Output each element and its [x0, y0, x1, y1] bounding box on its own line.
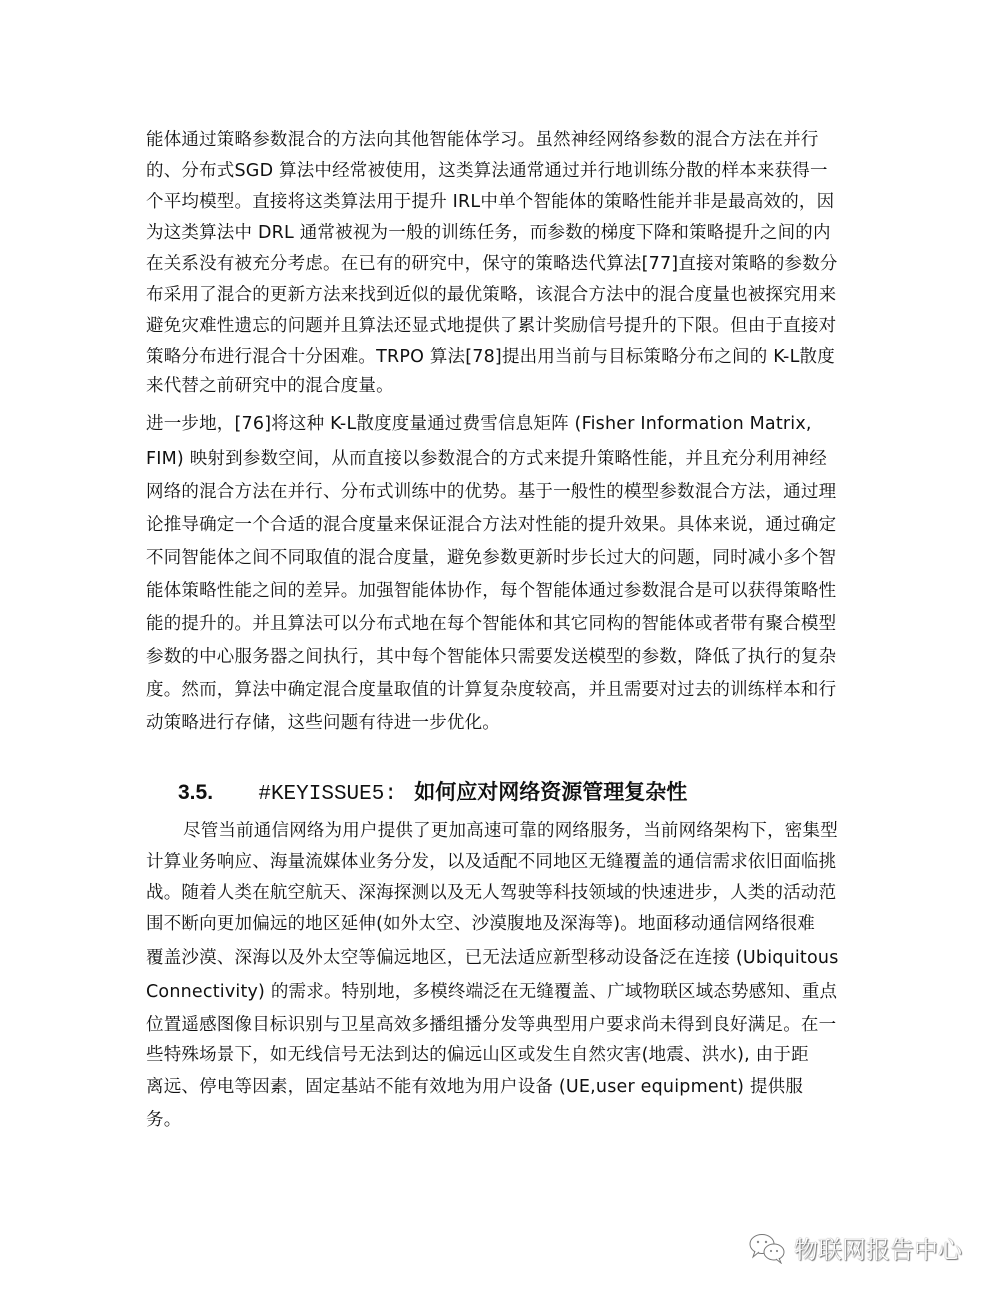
- watermark-text: 物联网报告中心: [794, 1230, 962, 1265]
- text-line: 度。然而，算法中确定混合度量取值的计算复杂度较高，并且需要对过去的训练样本和行: [146, 678, 856, 702]
- section-title: 如何应对网络资源管理复杂性: [414, 780, 687, 804]
- text-line: 能体通过策略参数混合的方法向其他智能体学习。虽然神经网络参数的混合方法在并行: [146, 128, 856, 152]
- text-line: 的、分布式SGD 算法中经常被使用，这类算法通常通过并行地训练分散的样本来获得一: [146, 159, 856, 183]
- text-line: 个平均模型。直接将这类算法用于提升 IRL中单个智能体的策略性能并非是最高效的，…: [146, 190, 856, 214]
- text-line: 在关系没有被充分考虑。在已有的研究中，保守的策略迭代算法[77]直接对策略的参数…: [146, 252, 856, 276]
- text-line: 些特殊场景下，如无线信号无法到达的偏远山区或发生自然灾害(地震、洪水), 由于距: [146, 1043, 856, 1067]
- text-line: 不同智能体之间不同取值的混合度量，避免参数更新时步长过大的问题，同时减小多个智: [146, 546, 856, 570]
- text-line: FIM) 映射到参数空间，从而直接以参数混合的方式来提升策略性能，并且充分利用神…: [146, 447, 856, 471]
- text-line: Connectivity) 的需求。特别地，多模终端泛在无缝覆盖、广域物联区域态…: [146, 980, 856, 1004]
- text-line: 动策略进行存储，这些问题有待进一步优化。: [146, 711, 856, 735]
- watermark: 物联网报告中心: [748, 1230, 962, 1265]
- text-line: 能的提升的。并且算法可以分布式地在每个智能体和其它同构的智能体或者带有聚合模型: [146, 612, 856, 636]
- text-line: 策略分布进行混合十分困难。TRPO 算法[78]提出用当前与目标策略分布之间的 …: [146, 345, 856, 369]
- text-line: 参数的中心服务器之间执行，其中每个智能体只需要发送模型的参数，降低了执行的复杂: [146, 645, 856, 669]
- text-line: 计算业务响应、海量流媒体业务分发，以及适配不同地区无缝覆盖的通信需求依旧面临挑: [146, 850, 856, 874]
- text-line: 战。随着人类在航空航天、深海探测以及无人驾驶等科技领域的快速进步，人类的活动范: [146, 881, 856, 905]
- section-tag: #KEYISSUE5:: [258, 783, 397, 806]
- text-line: 离远、停电等因素，固定基站不能有效地为用户设备 (UE,user equipme…: [146, 1075, 856, 1099]
- text-line: 尽管当前通信网络为用户提供了更加高速可靠的网络服务，当前网络架构下，密集型: [183, 819, 856, 843]
- text-line: 来代替之前研究中的混合度量。: [146, 374, 856, 398]
- text-line: 能体策略性能之间的差异。加强智能体协作，每个智能体通过参数混合是可以获得策略性: [146, 579, 856, 603]
- section-heading: 3.5. #KEYISSUE5: 如何应对网络资源管理复杂性: [178, 778, 687, 809]
- text-line: 务。: [146, 1108, 856, 1132]
- section-number: 3.5.: [178, 781, 213, 804]
- text-line: 围不断向更加偏远的地区延伸(如外太空、沙漠腹地及深海等)。地面移动通信网络很难: [146, 912, 856, 936]
- text-line: 论推导确定一个合适的混合度量来保证混合方法对性能的提升效果。具体来说，通过确定: [146, 513, 856, 537]
- document-page: 能体通过策略参数混合的方法向其他智能体学习。虽然神经网络参数的混合方法在并行 的…: [0, 0, 1000, 1293]
- text-line: 覆盖沙漠、深海以及外太空等偏远地区，已无法适应新型移动设备泛在连接 (Ubiqu…: [146, 946, 856, 970]
- text-line: 进一步地，[76]将这种 K-L散度度量通过费雪信息矩阵 (Fisher Inf…: [146, 412, 856, 436]
- text-line: 网络的混合方法在并行、分布式训练中的优势。基于一般性的模型参数混合方法，通过理: [146, 480, 856, 504]
- text-line: 布采用了混合的更新方法来找到近似的最优策略，该混合方法中的混合度量也被探究用来: [146, 283, 856, 307]
- text-line: 避免灾难性遗忘的问题并且算法还显式地提供了累计奖励信号提升的下限。但由于直接对: [146, 314, 856, 338]
- text-line: 为这类算法中 DRL 通常被视为一般的训练任务，而参数的梯度下降和策略提升之间的…: [146, 221, 856, 245]
- text-line: 位置遥感图像目标识别与卫星高效多播组播分发等典型用户要求尚未得到良好满足。在一: [146, 1013, 856, 1037]
- wechat-icon: [748, 1232, 788, 1264]
